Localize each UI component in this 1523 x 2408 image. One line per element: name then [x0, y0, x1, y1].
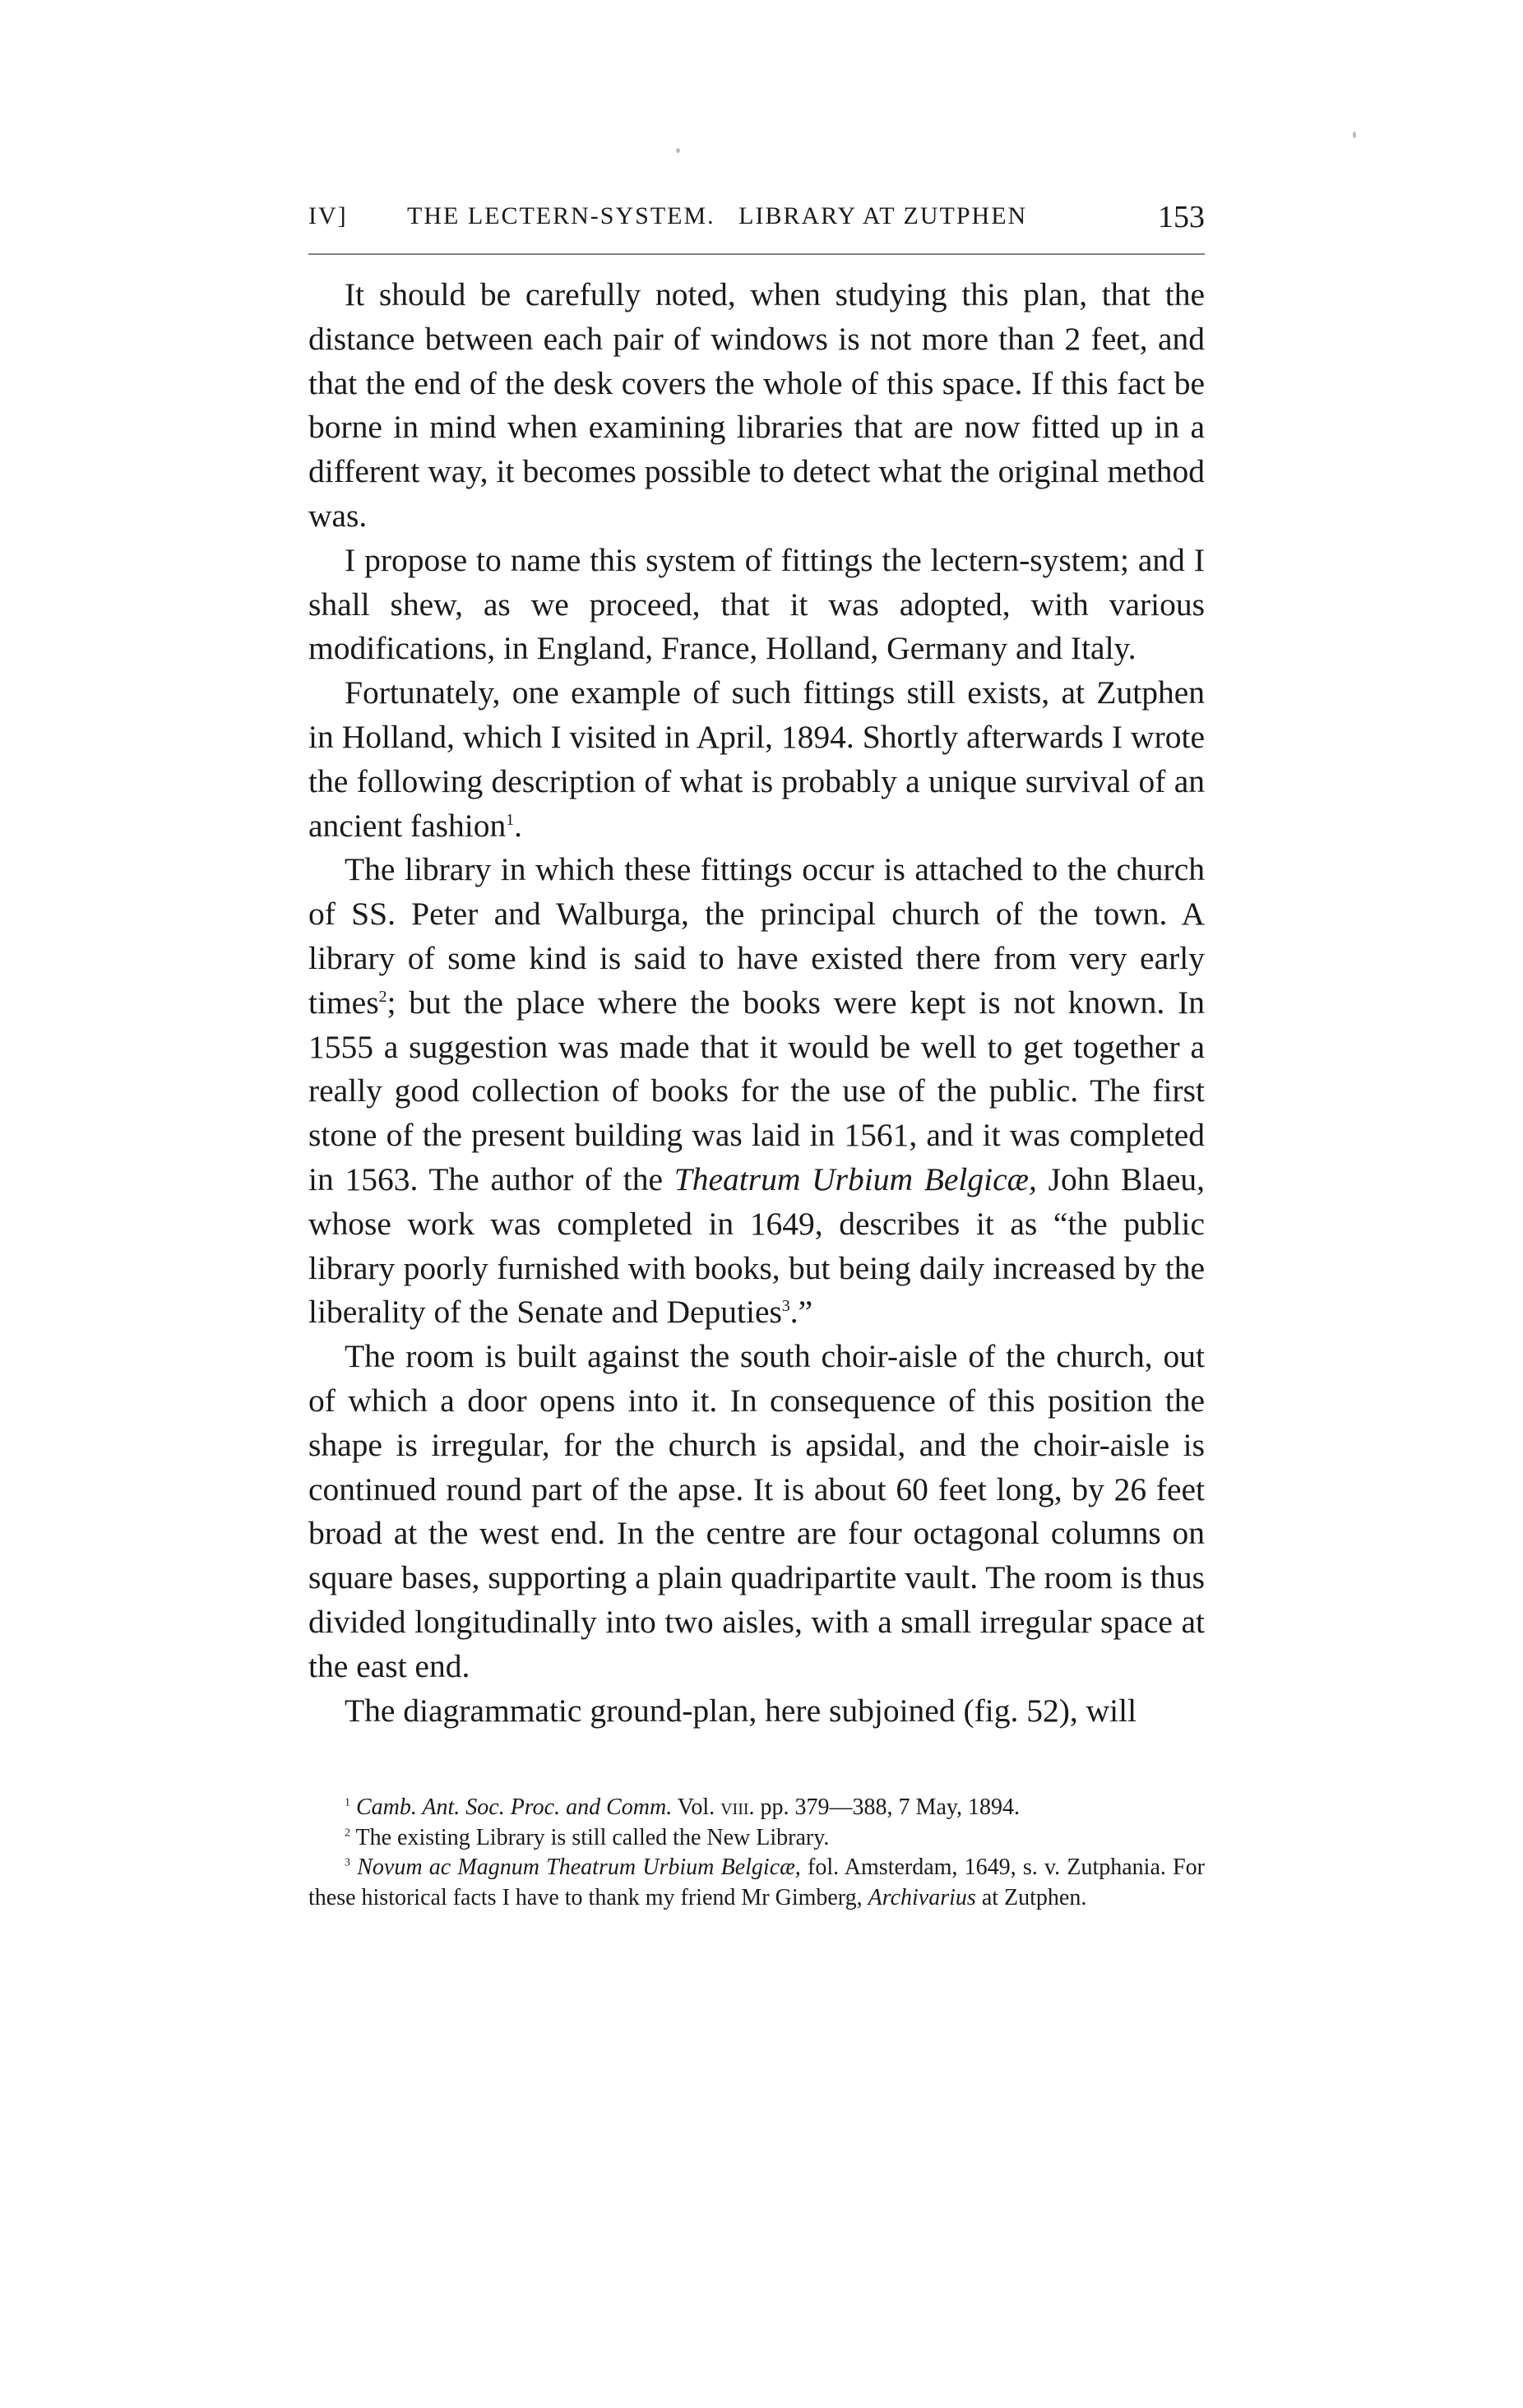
text-run: I propose to name this system of fitting…: [308, 542, 1205, 667]
footnote-reference[interactable]: 1: [506, 810, 514, 828]
running-head: IV] THE LECTERN-SYSTEM. LIBRARY AT ZUTPH…: [308, 196, 1205, 237]
running-title: THE LECTERN-SYSTEM. LIBRARY AT ZUTPHEN: [407, 202, 1027, 230]
body-text: It should be carefully noted, when study…: [308, 273, 1205, 1733]
italic-title: Camb. Ant. Soc. Proc. and Comm.: [356, 1794, 672, 1820]
paragraph: The library in which these fittings occu…: [308, 848, 1205, 1335]
footnote-reference[interactable]: 2: [379, 988, 387, 1006]
page-number: 153: [1158, 199, 1205, 235]
scan-speck: [676, 148, 680, 153]
text-run: . pp. 379—388, 7 May, 1894.: [749, 1794, 1021, 1820]
footnote-marker: 2: [345, 1827, 350, 1839]
footnote: 1 Camb. Ant. Soc. Proc. and Comm. Vol. v…: [308, 1793, 1205, 1823]
text-run: It should be carefully noted, when study…: [308, 276, 1205, 534]
text-run: Vol.: [672, 1794, 720, 1820]
scan-speck: [1353, 132, 1356, 138]
text-run: The diagrammatic ground-plan, here subjo…: [345, 1693, 1136, 1729]
text-run: .”: [790, 1294, 812, 1330]
text-run: The room is built against the south choi…: [308, 1338, 1205, 1684]
chapter-number: IV]: [308, 202, 348, 230]
footnotes: 1 Camb. Ant. Soc. Proc. and Comm. Vol. v…: [308, 1793, 1205, 1913]
text-run: .: [514, 808, 522, 844]
footnote-marker: 1: [345, 1797, 350, 1809]
italic-title: Theatrum Urbium Belgicæ,: [674, 1161, 1037, 1197]
text-run: at Zutphen.: [976, 1885, 1087, 1910]
footnote-marker: 3: [345, 1857, 350, 1869]
header-rule: [308, 253, 1205, 255]
text-run: The existing Library is still called the…: [356, 1825, 830, 1850]
italic-title: Novum ac Magnum Theatrum Urbium Belgicæ,: [357, 1855, 801, 1880]
paragraph: The room is built against the south choi…: [308, 1335, 1205, 1688]
footnote-reference[interactable]: 3: [782, 1297, 790, 1315]
italic-title: Archivarius: [868, 1885, 976, 1910]
text-run: Fortunately, one example of such fitting…: [308, 674, 1205, 843]
footnote: 3 Novum ac Magnum Theatrum Urbium Belgic…: [308, 1853, 1205, 1913]
footnote: 2 The existing Library is still called t…: [308, 1823, 1205, 1854]
paragraph: It should be carefully noted, when study…: [308, 273, 1205, 539]
paragraph: Fortunately, one example of such fitting…: [308, 671, 1205, 848]
paragraph: The diagrammatic ground-plan, here subjo…: [308, 1689, 1205, 1734]
paragraph: I propose to name this system of fitting…: [308, 539, 1205, 671]
volume-number: viii: [720, 1794, 748, 1820]
